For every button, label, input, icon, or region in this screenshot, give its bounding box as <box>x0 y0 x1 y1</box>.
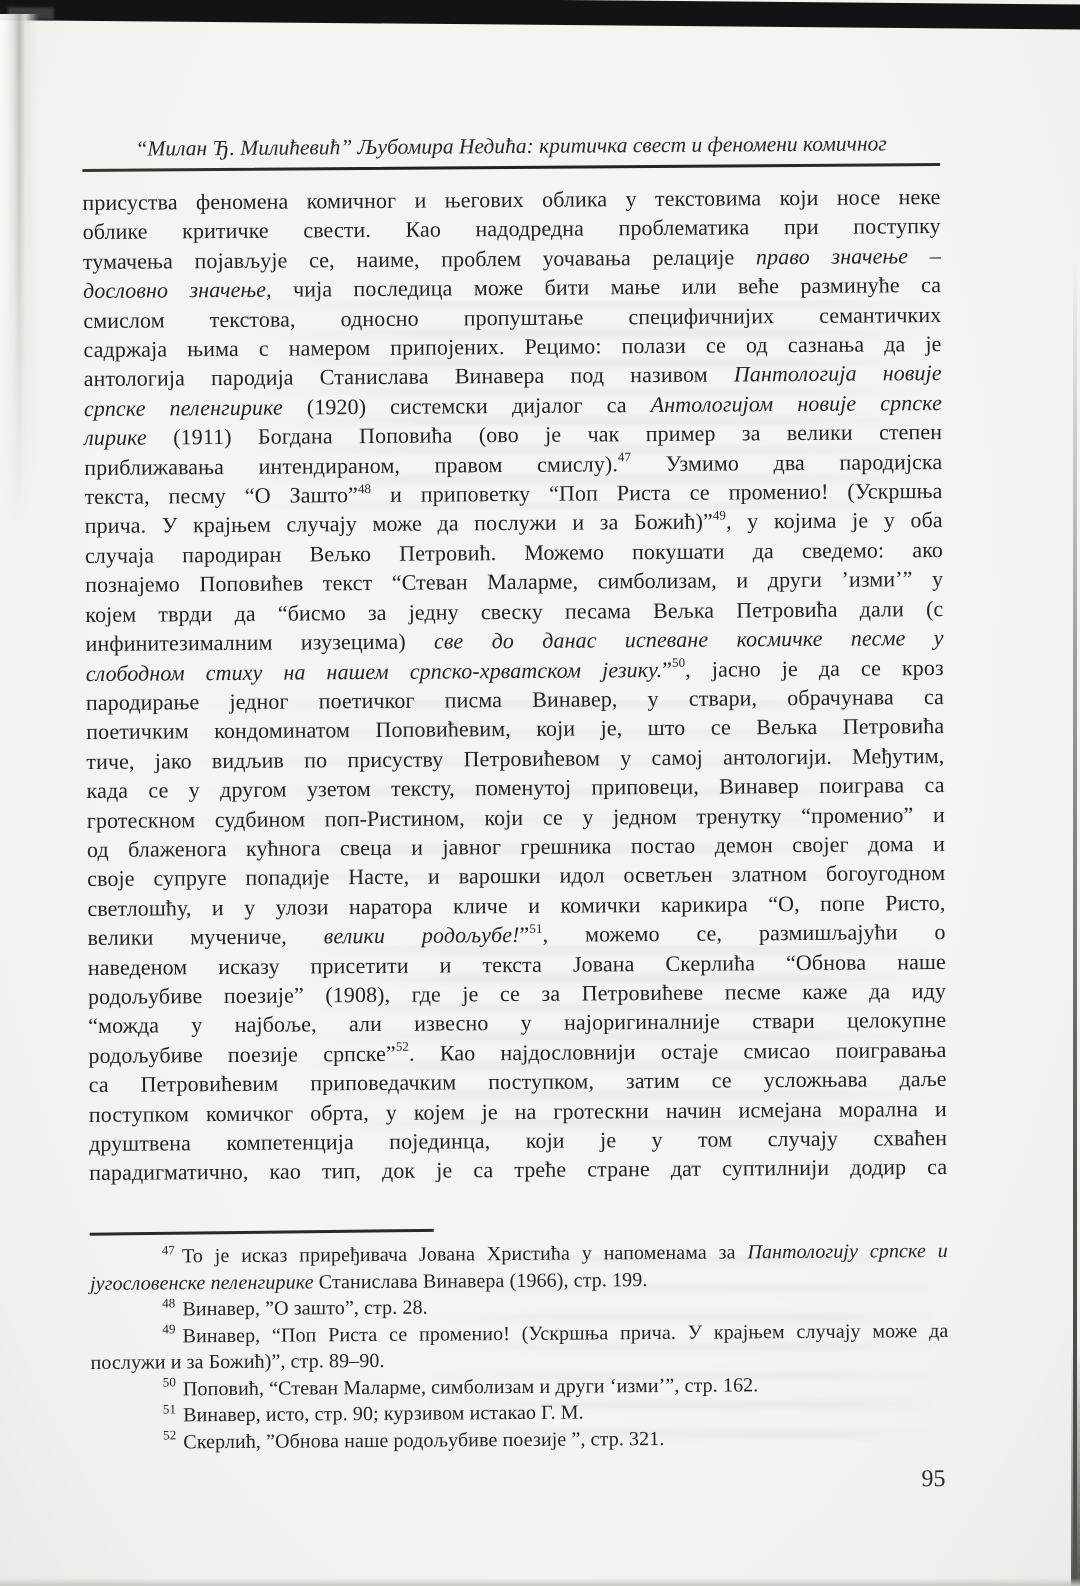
text-segment: То је исказ приређивача Јована Христића … <box>182 1242 748 1268</box>
text-segment: чија последица може бити мање или веће р… <box>272 272 942 302</box>
text-segment: поетичким кондоминатом Поповићевим, који… <box>86 713 944 744</box>
text-segment: дословно значење, <box>83 277 272 303</box>
text-segment: југословенске пеленгирике <box>90 1271 314 1295</box>
footnote-number: 47 <box>162 1242 175 1257</box>
text-segment: смислом текстова, односно пропуштање спе… <box>83 302 941 333</box>
text-segment: пародирање једног поетичког писма Винаве… <box>86 684 944 715</box>
body-text: присуства феномена комичног и његових об… <box>82 182 947 1188</box>
text-segment: . Као најдословнији остаје смисао поигра… <box>409 1037 947 1066</box>
footnote-ref: 52 <box>396 1039 409 1054</box>
footnote-ref: 47 <box>618 450 631 465</box>
text-segment: познајемо Поповићев текст “Стеван Маларм… <box>85 566 943 597</box>
text-segment: српске пеленгирике <box>84 394 283 420</box>
text-segment: случаја пародиран Вељко Петровић. Можемо… <box>85 537 943 568</box>
text-segment: и приповетку “Поп Риста се променио! (Ус… <box>371 478 943 507</box>
text-segment: лирике <box>84 425 147 450</box>
text-segment: гротескном судбином поп-Ристином, који с… <box>87 802 945 833</box>
header-rule <box>82 163 940 172</box>
running-header: “Милан Ђ. Милићевић” Љубомира Недића: кр… <box>82 128 940 164</box>
text-segment: ” <box>662 656 672 681</box>
footnote-ref: 48 <box>358 481 371 496</box>
text-segment: друштвена компетенција појединца, који ј… <box>89 1125 947 1156</box>
footnote: 52Скерлић, ”Обнова наше родољубиве поези… <box>91 1424 949 1456</box>
text-segment: родољубиве поезије српске” <box>88 1041 396 1068</box>
text-segment: антологија пародија Станислава Винавера … <box>84 362 734 392</box>
text-segment: Поповић, “Стеван Маларме, симболизам и д… <box>183 1374 759 1400</box>
text-segment: , можемо се, размишљајући о <box>542 919 945 947</box>
text-segment: Винавер, “Поп Риста се променио! (Ускршњ… <box>183 1320 949 1347</box>
body-line: парадигматично, као тип, док је са треће… <box>89 1152 947 1187</box>
text-segment: право значење – <box>756 243 941 269</box>
text-segment: Узмимо два пародијска <box>631 449 942 476</box>
footnote-separator <box>90 1229 434 1235</box>
text-segment: поступком комичког обрта, у којем је на … <box>89 1096 947 1127</box>
text-segment: своје супруге попадије Насте, и варошки … <box>87 860 945 891</box>
footnote-number: 48 <box>162 1295 175 1310</box>
text-segment: присуства феномена комичног и његових об… <box>82 184 940 215</box>
footnote-number: 50 <box>163 1375 176 1390</box>
page-content: “Милан Ђ. Милићевић” Љубомира Недића: кр… <box>82 128 950 1499</box>
text-segment: велики родољубе! <box>324 922 520 948</box>
page-curl-shadow <box>0 14 42 554</box>
text-segment: прича. У крајњем случају може да послужи… <box>85 509 713 538</box>
footnote-ref: 49 <box>713 508 726 523</box>
right-page-edge-shadow <box>1071 1346 1080 1586</box>
scanned-page: “Милан Ђ. Милићевић” Љубомира Недића: кр… <box>0 0 1080 1586</box>
text-segment: Антологијом новије српске <box>651 390 942 417</box>
page-number: 95 <box>91 1466 949 1499</box>
text-segment: (1911) Богдана Поповића (ово је чак прим… <box>147 419 942 450</box>
scan-top-band <box>0 0 1080 30</box>
text-segment: садржаја њима с намером припојених. Реци… <box>83 331 941 362</box>
text-segment: којем тврди да “бисмо за једну свеску пе… <box>85 596 943 627</box>
text-segment: Пантологија новије <box>734 360 942 386</box>
text-segment: парадигматично, као тип, док је са треће… <box>89 1154 947 1185</box>
text-segment: наведеном исказу присетити и текста Јова… <box>88 949 946 980</box>
text-segment: текста, песму “О Зашто” <box>84 482 358 509</box>
text-segment: ” <box>519 922 529 947</box>
text-segment: Винавер, ”О зашто”, стр. 28. <box>182 1297 427 1321</box>
text-segment: инфинитезималним изузецима) <box>85 629 434 656</box>
footnote-number: 49 <box>162 1322 175 1337</box>
text-segment: слободном стиху на нашем српско-хрватско… <box>86 656 663 685</box>
text-segment: “можда у најбоље, али извесно у најориги… <box>88 1007 946 1038</box>
text-segment: послужи и за Божић)”, стр. 89–90. <box>91 1350 385 1374</box>
text-segment: Скерлић, ”Обнова наше родољубиве поезије… <box>183 1428 664 1453</box>
text-segment: тумачења појављује се, наиме, проблем уо… <box>83 244 756 274</box>
text-segment: облике критичке свести. Као надодредна п… <box>83 213 941 244</box>
text-segment: родољубиве поезије” (1908), где је се за… <box>88 978 946 1009</box>
text-segment: од блаженога кућнога свеца и јавног греш… <box>87 831 945 862</box>
footnote-ref: 50 <box>672 655 685 670</box>
text-segment: светлошћу, и у улози наратора кличе и ко… <box>87 890 945 921</box>
text-segment: све до данас испеване космичке песме у <box>434 625 944 654</box>
text-segment: када се у другом узетом тексту, поменуто… <box>86 772 944 803</box>
text-segment: Станислава Винавера (1966), стр. 199. <box>314 1269 648 1293</box>
text-segment: (1920) системски дијалог са <box>283 392 651 420</box>
text-segment: тиче, јако видљив по присуству Петровиће… <box>86 743 944 774</box>
text-segment: са Петровићевим приповедачким поступком,… <box>89 1066 947 1097</box>
text-segment: велики мучениче, <box>88 923 324 950</box>
text-segment: , јасно је да се кроз <box>685 654 944 681</box>
text-segment: Винавер, исто, стр. 90; курзивом истакао… <box>183 1402 584 1427</box>
footnote-ref: 51 <box>529 921 542 936</box>
footnote-number: 51 <box>163 1401 176 1416</box>
footnote-number: 52 <box>163 1428 176 1443</box>
text-segment: Пантологију српске и <box>747 1240 948 1263</box>
text-segment: приближавања интендираном, правом смислу… <box>84 451 618 480</box>
text-segment: , у којима је у оба <box>726 507 943 534</box>
footnotes: 47То је исказ приређивача Јована Христић… <box>90 1238 949 1456</box>
bottom-edge-shadow <box>0 1578 1080 1586</box>
